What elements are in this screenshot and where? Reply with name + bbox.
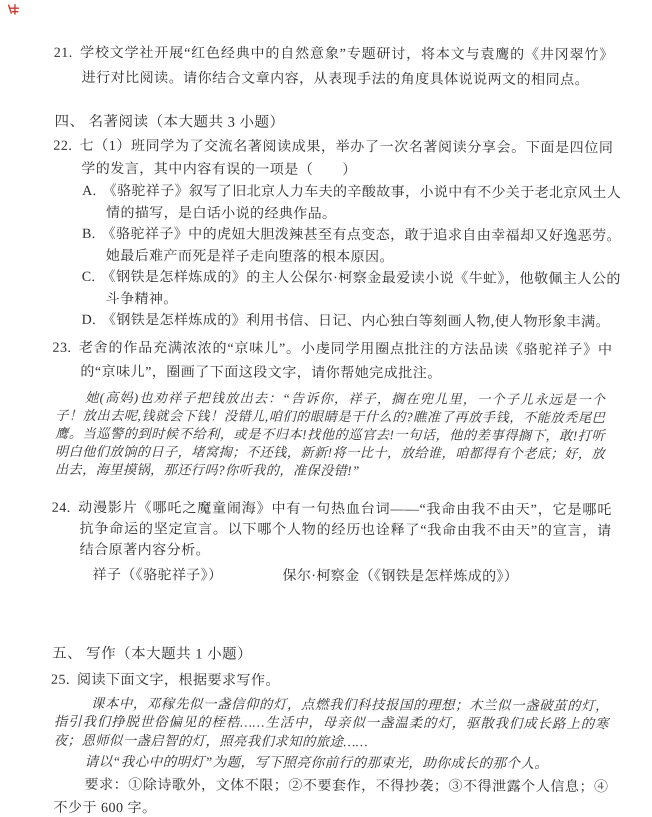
question-25-writing-task: 请以“我心中的明灯”为题，写下照亮你前行的那束光，助你成长的那个人。 — [54, 752, 609, 774]
question-25-text: 阅读下面文字，根据要求写作。 — [77, 672, 280, 688]
question-22-stem: 22.七（1）班同学为了交流名著阅读成果，举办了一次名著阅读分享会。下面是四位同… — [81, 135, 613, 183]
question-24-character-choices: 祥子（《骆驼祥子》） 保尔·柯察金（《钢铁是怎样炼成的》） — [92, 564, 649, 587]
option-b-text: 《骆驼祥子》中的虎妞大胆泼辣甚至有点变态，敢于追求自由幸福却又好逸恶劳。她最后难… — [102, 227, 621, 265]
option-a-label: A. — [82, 184, 96, 199]
option-c-label: C. — [82, 270, 96, 285]
option-a-text: 《骆驼祥子》叙写了旧北京人力车夫的辛酸故事，小说中有不少关于老北京风土人情的描写… — [103, 184, 622, 222]
choice-pavel-korchagin: 保尔·柯察金（《钢铁是怎样炼成的》） — [282, 565, 518, 587]
question-23-number: 23. — [52, 340, 71, 355]
red-stamp-icon — [6, 3, 22, 17]
question-22-option-b: B.《骆驼祥子》中的虎妞大胆泼辣甚至有点变态，敢于追求自由幸福却又好逸恶劳。她最… — [106, 224, 621, 269]
question-25-number: 25. — [51, 672, 70, 687]
option-c-text: 《钢铁是怎样炼成的》的主人公保尔·柯察金最爱读小说《牛虻》，他敬佩主人公的斗争精… — [101, 270, 620, 307]
question-22-option-d: D.《钢铁是怎样炼成的》利用书信、日记、内心独白等刻画人物,使人物形象丰满。 — [106, 310, 621, 334]
section-4-label: 四、 — [54, 114, 84, 130]
question-24-number: 24. — [52, 500, 71, 515]
section-4-heading: 四、名著阅读（本大题共 3 小题） — [54, 110, 651, 138]
question-25-stem: 25.阅读下面文字，根据要求写作。 — [79, 667, 611, 694]
option-d-label: D. — [82, 313, 96, 328]
question-23-text: 老舍的作品充满浓浓的“京味儿”。小虔同学用圈点批注的方法品读《骆驼祥子》中的“京… — [78, 340, 612, 381]
question-21: 21.学校文学社开展“红色经典中的自然意象”专题研讨，将本文与袁鹰的《井冈翠竹》… — [82, 41, 614, 93]
question-25-requirements: 要求：①除诗歌外，文体不限；②不要套作，不得抄袭；③不得泄露个人信息；④不少于 … — [53, 774, 608, 817]
question-24-stem: 24.动漫影片《哪吒之魔童闹海》中有一句热血台词——“我命由我不由天”，它是哪吒… — [80, 497, 612, 562]
choice-xiangzi: 祥子（《骆驼祥子》） — [92, 564, 222, 586]
section-5-label: 五、 — [52, 645, 82, 661]
option-d-text: 《钢铁是怎样炼成的》利用书信、日记、内心独白等刻画人物,使人物形象丰满。 — [102, 313, 610, 330]
section-5-title: 写作（本大题共 1 小题） — [86, 645, 252, 662]
question-23-quoted-passage: 她(高妈)也劝祥子把钱放出去：“告诉你，祥子，搁在兜儿里，一个子儿永远是一个子！… — [55, 388, 605, 480]
question-23-stem: 23.老舍的作品充满浓浓的“京味儿”。小虔同学用圈点批注的方法品读《骆驼祥子》中… — [80, 336, 612, 386]
question-22-option-c: C.《钢铁是怎样炼成的》的主人公保尔·柯察金最爱读小说《牛虻》，他敬佩主人公的斗… — [106, 267, 621, 312]
section-4-title: 名著阅读（本大题共 3 小题） — [88, 114, 284, 131]
section-5-heading: 五、写作（本大题共 1 小题） — [52, 641, 649, 669]
question-22-number: 22. — [53, 139, 72, 154]
question-22-text: 七（1）班同学为了交流名著阅读成果，举办了一次名著阅读分享会。下面是四位同学的发… — [79, 139, 613, 178]
question-24-text: 动漫影片《哪吒之魔童闹海》中有一句热血台词——“我命由我不由天”，它是哪吒抗争命… — [78, 500, 612, 558]
question-21-number: 21. — [54, 46, 73, 61]
question-22-option-a: A.《骆驼祥子》叙写了旧北京人力车夫的辛酸故事，小说中有不少关于老北京风土人情的… — [106, 181, 621, 226]
question-25-prompt-passage: 课本中，邓稼先似一盏信仰的灯，点燃我们科技报国的理想；木兰似一盏破茧的灯，指引我… — [54, 694, 609, 752]
question-21-text: 学校文学社开展“红色经典中的自然意象”专题研讨，将本文与袁鹰的《井冈翠竹》进行对… — [80, 46, 614, 88]
exam-paper-page: 21.学校文学社开展“红色经典中的自然意象”专题研讨，将本文与袁鹰的《井冈翠竹》… — [0, 0, 652, 817]
option-b-label: B. — [82, 227, 96, 242]
